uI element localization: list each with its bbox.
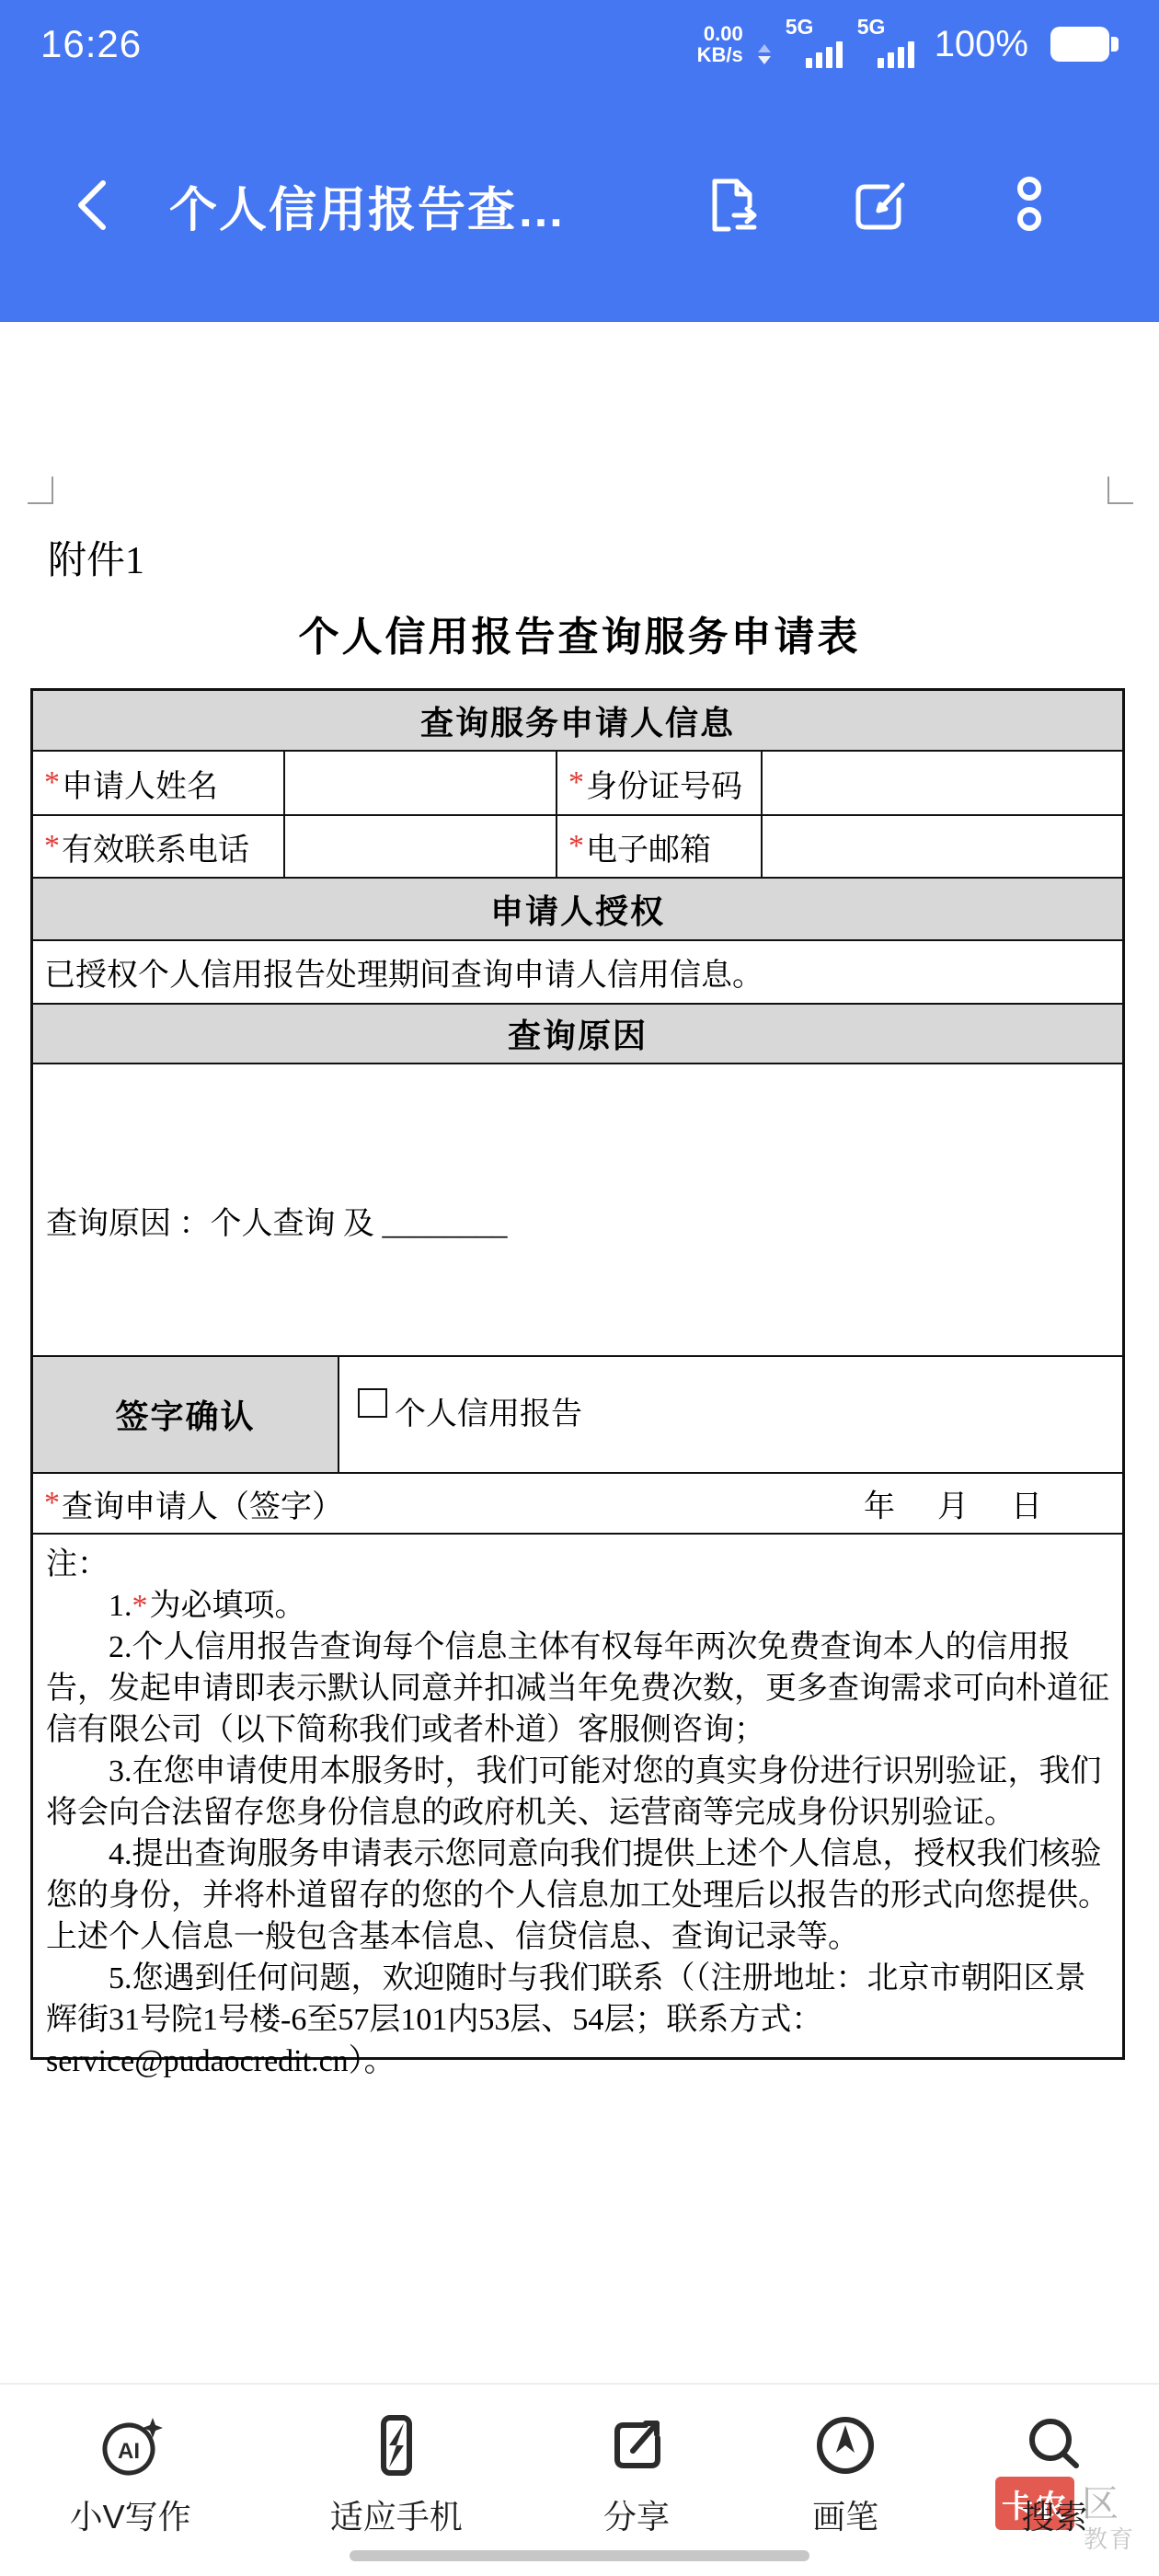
app-bar: 个人信用报告查… [0, 88, 1159, 322]
section-header-authorization: 申请人授权 [33, 879, 1122, 939]
more-dots-icon [1013, 175, 1046, 236]
field-label-phone-text: 有效联系电话 [62, 824, 249, 869]
toolbar-item-fit-phone[interactable]: 适应手机 [330, 2410, 463, 2538]
network-speed-unit: KB/s [697, 44, 743, 65]
field-label-name-text: 申请人姓名 [62, 761, 218, 806]
date-year-label: 年 [864, 1481, 895, 1526]
date-month-label: 月 [937, 1481, 969, 1526]
traffic-arrows-icon [758, 44, 771, 64]
notes-section: 注： 1.*为必填项。 2.个人信用报告查询每个信息主体有权每年两次免费查询本人… [33, 1535, 1122, 2057]
signal-bars-icon [806, 41, 843, 68]
table-row: 查询原因 ：个人查询 及 ________ [33, 1063, 1122, 1355]
more-button[interactable] [999, 175, 1060, 236]
note-item-5: 5.您遇到任何问题，欢迎随时与我们联系（（注册地址：北京市朝阳区景辉街31号院1… [46, 1958, 1109, 2082]
note-item-4: 4.提出查询服务申请表示您同意向我们提供上述个人信息，授权我们核验您的身份，并将… [46, 1834, 1109, 1958]
svg-text:AI: AI [118, 2439, 140, 2464]
sign-option-cell: 个人信用报告 [339, 1357, 1122, 1472]
edit-button[interactable] [850, 175, 911, 236]
compose-icon [851, 176, 910, 235]
table-row: * 查询申请人（签字） 年 月 日 [33, 1472, 1122, 1533]
network-speed-value: 0.00 [697, 23, 743, 44]
field-input-name [285, 752, 557, 814]
attachment-label: 附件1 [48, 530, 144, 585]
signature-row: * 查询申请人（签字） 年 月 日 [33, 1474, 1122, 1533]
home-indicator[interactable] [350, 2550, 809, 2561]
required-marker: * [44, 765, 60, 800]
required-marker: * [132, 1589, 148, 1623]
required-marker: * [568, 765, 584, 800]
application-form-table: 查询服务申请人信息 * 申请人姓名 * 身份证号码 * 有效联系电话 [30, 688, 1125, 2060]
notes-heading: 注： [46, 1544, 1109, 1585]
field-label-name: * 申请人姓名 [33, 752, 285, 814]
field-label-id: * 身份证号码 [557, 752, 763, 814]
screen: 16:26 0.00 KB/s 5G 5G 100% [0, 0, 1159, 2576]
note-item-3: 3.在您申请使用本服务时，我们可能对您的真实身份进行识别验证，我们将会向合法留存… [46, 1751, 1109, 1834]
authorization-text: 已授权个人信用报告处理期间查询申请人信用信息。 [33, 941, 1122, 1003]
clock: 16:26 [40, 22, 142, 66]
fit-phone-icon [361, 2410, 431, 2480]
note-item-1: 1.*为必填项。 [46, 1585, 1109, 1627]
sign-option-label: 个人信用报告 [395, 1388, 582, 1433]
signal-sim1: 5G [786, 15, 843, 74]
field-input-email [763, 816, 1122, 877]
app-bar-actions [701, 175, 1060, 236]
toolbar-label: 分享 [603, 2491, 670, 2538]
battery-percent: 100% [935, 24, 1028, 65]
field-label-id-text: 身份证号码 [586, 761, 742, 806]
required-marker: * [568, 829, 584, 864]
field-label-email-text: 电子邮箱 [586, 824, 711, 869]
document-title-bar: 个人信用报告查… [169, 171, 567, 240]
back-button[interactable] [74, 178, 114, 233]
field-input-phone [285, 816, 557, 877]
ai-writing-icon: AI [96, 2410, 166, 2480]
toolbar-item-brush[interactable]: 画笔 [810, 2410, 880, 2538]
status-bar: 16:26 0.00 KB/s 5G 5G 100% [0, 0, 1159, 88]
status-indicators: 0.00 KB/s 5G 5G 100% [697, 15, 1119, 74]
table-row: 签字确认 个人信用报告 [33, 1355, 1122, 1472]
table-row: 申请人授权 [33, 877, 1122, 939]
page-corner-mark-left [28, 477, 53, 504]
field-input-id [763, 752, 1122, 814]
required-marker: * [44, 829, 60, 864]
field-label-email: * 电子邮箱 [557, 816, 763, 877]
note1-text: 为必填项。 [150, 1589, 306, 1623]
table-row: * 申请人姓名 * 身份证号码 [33, 750, 1122, 814]
table-row: 查询原因 [33, 1003, 1122, 1063]
sim2-5g-label: 5G [857, 15, 886, 40]
page-corner-mark-right [1107, 477, 1133, 504]
share-icon [602, 2410, 671, 2480]
signal-bars-icon [878, 41, 914, 68]
brush-icon [810, 2410, 880, 2480]
date-day-label: 日 [1011, 1481, 1042, 1526]
note-item-2: 2.个人信用报告查询每个信息主体有权每年两次免费查询本人的信用报告，发起申请即表… [46, 1627, 1109, 1751]
sign-confirm-header: 签字确认 [33, 1357, 339, 1472]
document-page: 附件1 个人信用报告查询服务申请表 查询服务申请人信息 * 申请人姓名 * 身份… [0, 322, 1159, 2383]
table-row: * 有效联系电话 * 电子邮箱 [33, 814, 1122, 877]
watermark-sub-text: 教育 [1084, 2521, 1135, 2555]
back-chevron-icon [74, 178, 109, 232]
sim1-5g-label: 5G [786, 15, 814, 40]
section-header-reason: 查询原因 [33, 1005, 1122, 1063]
search-icon [1019, 2410, 1089, 2480]
toolbar-item-search[interactable]: 搜索 [1019, 2410, 1089, 2538]
required-marker: * [44, 1486, 60, 1521]
toolbar-label: 搜索 [1021, 2491, 1087, 2538]
toolbar-label: 小V写作 [70, 2491, 191, 2538]
bottom-toolbar: AI 小V写作 适应手机 分享 [0, 2383, 1159, 2576]
toolbar-label: 适应手机 [330, 2491, 463, 2538]
note1-number: 1. [109, 1589, 132, 1623]
date-fields: 年 月 日 [864, 1481, 1042, 1526]
toolbar-item-ai-writing[interactable]: AI 小V写作 [70, 2410, 191, 2538]
field-label-phone: * 有效联系电话 [33, 816, 285, 877]
doc-convert-icon [701, 175, 762, 236]
section-header-applicant-info: 查询服务申请人信息 [33, 691, 1122, 750]
battery-icon [1050, 27, 1119, 62]
form-title: 个人信用报告查询服务申请表 [0, 604, 1159, 662]
personal-credit-report-checkbox [358, 1388, 387, 1418]
table-row: 查询服务申请人信息 [33, 691, 1122, 750]
sign-applicant-label: 查询申请人（签字） [62, 1481, 343, 1526]
table-row: 注： 1.*为必填项。 2.个人信用报告查询每个信息主体有权每年两次免费查询本人… [33, 1533, 1122, 2057]
toolbar-label: 画笔 [812, 2491, 878, 2538]
doc-convert-button[interactable] [701, 175, 762, 236]
query-reason-text: 查询原因 ：个人查询 及 ________ [33, 1064, 1122, 1355]
signal-sim2: 5G [857, 15, 914, 74]
network-speed: 0.00 KB/s [697, 23, 743, 65]
toolbar-item-share[interactable]: 分享 [602, 2410, 671, 2538]
table-row: 已授权个人信用报告处理期间查询申请人信用信息。 [33, 939, 1122, 1003]
